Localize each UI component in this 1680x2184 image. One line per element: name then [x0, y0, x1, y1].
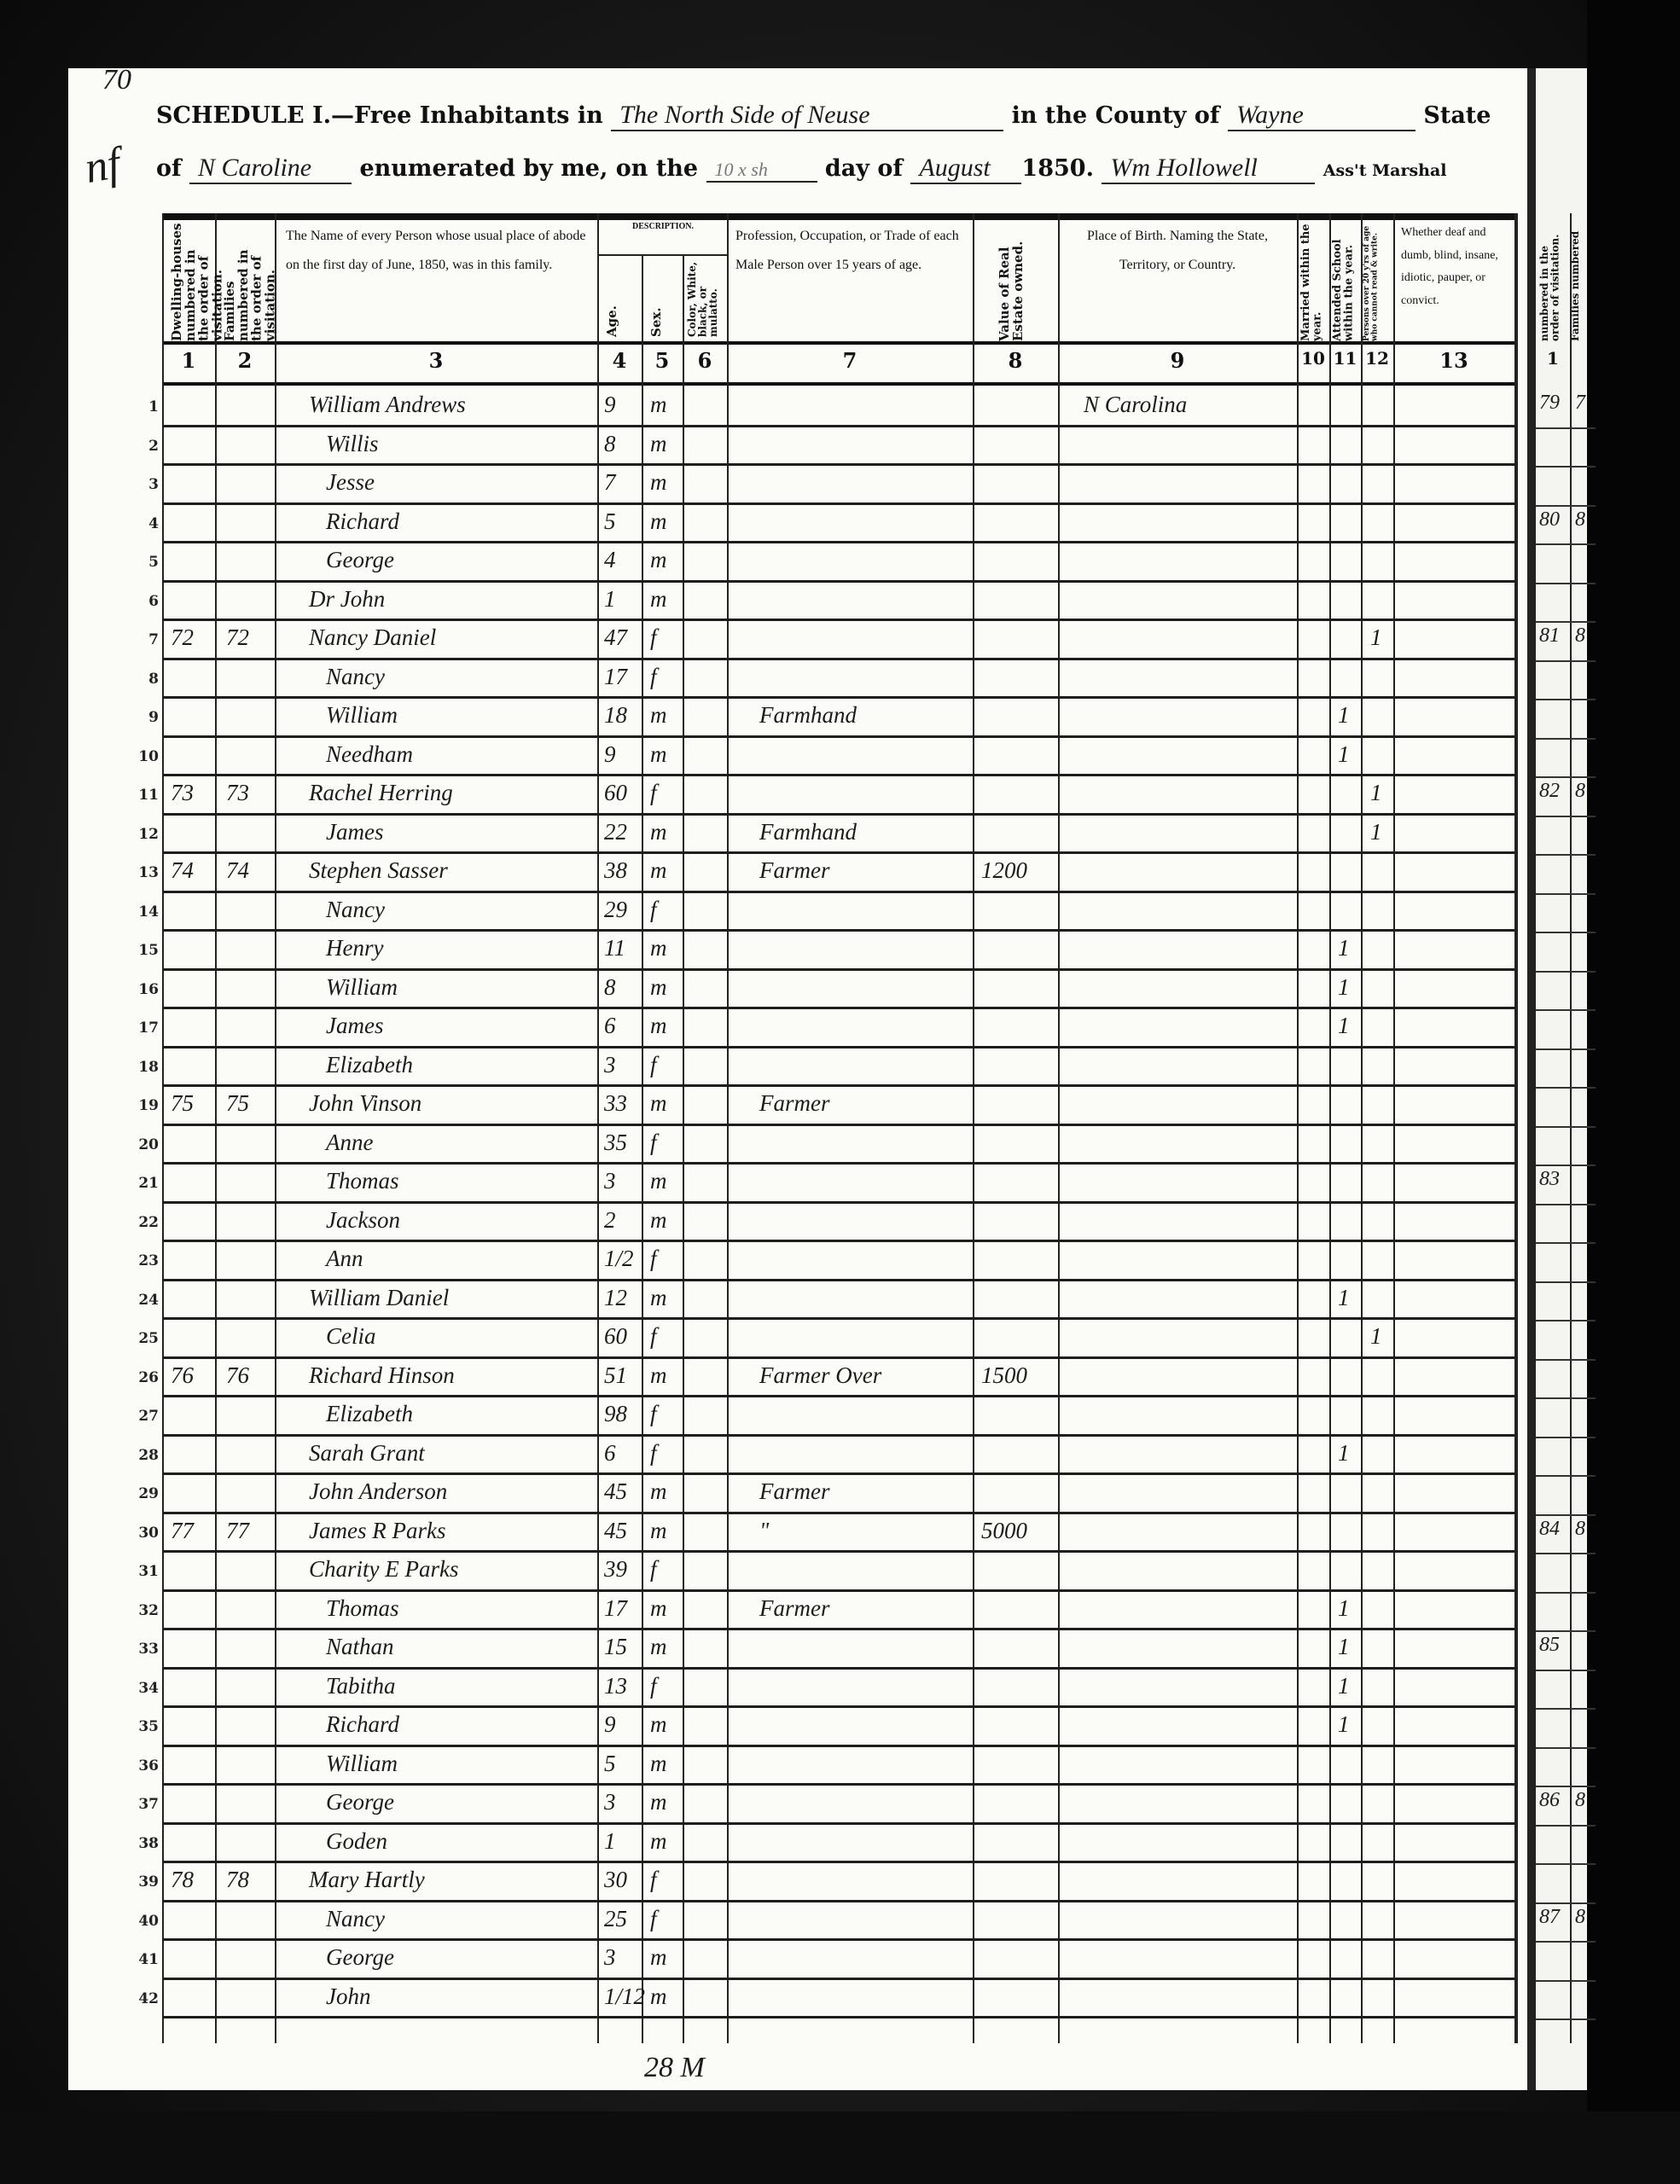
strip-col-number: 1 [1536, 348, 1570, 382]
table-row: 117373Rachel Herring60f1 [128, 776, 1514, 816]
occupation: Farmer [759, 1478, 830, 1505]
attended-school-mark: 1 [1338, 702, 1350, 729]
schedule-title: SCHEDULE I. [156, 102, 331, 129]
marshal-field: Wm Hollowell [1102, 154, 1315, 184]
row-rule [162, 2016, 1514, 2018]
day-of-label: day of [825, 155, 903, 182]
age: 33 [604, 1090, 627, 1117]
occupation: Farmer Over [759, 1362, 881, 1389]
line-number: 32 [128, 1602, 159, 1619]
sex: m [650, 702, 667, 729]
strip-row [1536, 1670, 1596, 1711]
strip-dwelling-number: 85 [1539, 1634, 1560, 1657]
sex: m [650, 1789, 667, 1815]
table-row: 14Nancy29f [128, 893, 1514, 932]
sex: f [650, 624, 657, 651]
table-row: 5George4m [128, 543, 1514, 583]
table-row: 25Celia60f1 [128, 1320, 1514, 1359]
person-name: Goden [326, 1828, 387, 1855]
sex: m [650, 1478, 667, 1505]
day-field: 10 x sh [706, 159, 817, 183]
table-row: 12James22mFarmhand1 [128, 816, 1514, 855]
age: 11 [604, 935, 625, 961]
year-label: 1850. [1021, 155, 1094, 182]
table-row: 10Needham9m1 [128, 738, 1514, 777]
occupation: Farmer [759, 1595, 830, 1622]
real-estate-value: 1500 [981, 1362, 1027, 1389]
age: 45 [604, 1478, 627, 1505]
strip-row [1536, 699, 1596, 740]
strip-dwelling-number: 86 [1539, 1789, 1560, 1812]
sex: m [650, 1711, 667, 1738]
sex: m [650, 1207, 667, 1234]
strip-family-number: 8 [1575, 1906, 1585, 1929]
person-name: Charity E Parks [309, 1556, 459, 1583]
person-name: Willis [326, 431, 379, 457]
strip-row [1536, 854, 1596, 895]
person-name: Nancy [326, 897, 385, 923]
table-row: 41George3m [128, 1941, 1514, 1980]
person-name: James [326, 819, 383, 845]
col-number: 7 [727, 348, 973, 382]
strip-row [1536, 543, 1596, 584]
line-number: 23 [128, 1252, 159, 1269]
age: 30 [604, 1867, 627, 1893]
of-label: of [156, 155, 182, 182]
strip-row [1536, 1087, 1596, 1128]
enumerated-label: enumerated by me, on the [359, 155, 698, 182]
family-number: 75 [226, 1090, 249, 1117]
strip-row: 85 [1536, 1630, 1596, 1671]
age: 15 [604, 1634, 627, 1660]
strip-row [1536, 427, 1596, 468]
col-number: 2 [215, 348, 275, 382]
cannot-read-write-mark: 1 [1370, 780, 1382, 806]
age: 17 [604, 664, 627, 690]
strip-col2-header: Families numbered [1570, 222, 1590, 341]
strip-row [1536, 466, 1596, 507]
sex: m [650, 508, 667, 535]
line-number: 8 [128, 671, 159, 688]
line-number: 39 [128, 1873, 159, 1891]
corner-page-mark: 70 [102, 64, 131, 96]
strip-row [1536, 1242, 1596, 1283]
family-number: 78 [226, 1867, 249, 1893]
strip-row [1536, 660, 1596, 701]
strip-row [1536, 1553, 1596, 1594]
attended-school-mark: 1 [1338, 974, 1350, 1001]
strip-row [1536, 1475, 1596, 1516]
person-name: Jackson [326, 1207, 400, 1234]
col-number: 5 [642, 348, 683, 382]
person-name: Sarah Grant [309, 1440, 425, 1467]
col-number: 11 [1329, 348, 1361, 382]
person-name: Rachel Herring [309, 780, 453, 806]
line-number: 24 [128, 1292, 159, 1309]
age: 47 [604, 624, 627, 651]
strip-row [1536, 1437, 1596, 1478]
age: 29 [604, 897, 627, 923]
dwelling-number: 72 [171, 624, 194, 651]
state-label: State [1423, 102, 1491, 129]
sex: m [650, 1828, 667, 1855]
attended-school-mark: 1 [1338, 1595, 1350, 1622]
table-row: 32Thomas17mFarmer1 [128, 1592, 1514, 1631]
table-row: 29John Anderson45mFarmer [128, 1475, 1514, 1514]
sex: m [650, 819, 667, 845]
col13-header: Whether deaf and dumb, blind, insane, id… [1401, 222, 1512, 312]
strip-row [1536, 1009, 1596, 1050]
table-row: 3Jesse7m [128, 466, 1514, 505]
dwelling-number: 76 [171, 1362, 194, 1389]
strip-family-number: 8 [1575, 1518, 1585, 1541]
family-number: 72 [226, 624, 249, 651]
table-row: 27Elizabeth98f [128, 1397, 1514, 1437]
strip-family-number: 7 [1575, 392, 1585, 415]
age: 22 [604, 819, 627, 845]
cannot-read-write-mark: 1 [1370, 819, 1382, 845]
table-row: 40Nancy25f [128, 1902, 1514, 1942]
col8-header: Value of Real Estate owned. [998, 222, 1036, 341]
line-number: 21 [128, 1175, 159, 1192]
sex: f [650, 1130, 657, 1156]
person-name: Nancy [326, 664, 385, 690]
sex: m [650, 974, 667, 1001]
age: 9 [604, 392, 616, 418]
cannot-read-write-mark: 1 [1370, 624, 1382, 651]
person-name: William Daniel [309, 1285, 449, 1311]
real-estate-value: 5000 [981, 1518, 1027, 1544]
strip-row [1536, 1592, 1596, 1633]
line-number: 16 [128, 981, 159, 998]
occupation: Farmer [759, 1090, 830, 1117]
sex: m [650, 1984, 667, 2010]
line-number: 6 [128, 593, 159, 610]
age: 25 [604, 1906, 627, 1932]
strip-row [1536, 1359, 1596, 1400]
person-name: William [326, 702, 398, 729]
col-divider [1514, 213, 1518, 2043]
table-row: 28Sarah Grant6f1 [128, 1437, 1514, 1476]
strip-row: 818 [1536, 621, 1596, 662]
line-number: 2 [128, 438, 159, 455]
strip-dwelling-number: 81 [1539, 624, 1560, 648]
line-number: 9 [128, 709, 159, 726]
line-number: 29 [128, 1485, 159, 1502]
dwelling-number: 74 [171, 857, 194, 884]
age: 3 [604, 1789, 616, 1815]
strip-family-number: 8 [1575, 624, 1585, 648]
person-name: John Anderson [309, 1478, 447, 1505]
line-number: 3 [128, 476, 159, 493]
col-number: 10 [1297, 348, 1329, 382]
strip-row [1536, 738, 1596, 779]
sex: f [650, 1673, 657, 1699]
strip-row [1536, 971, 1596, 1012]
strip-dwelling-number: 80 [1539, 508, 1560, 531]
strip-row [1536, 1708, 1596, 1749]
col11-header: Attended School within the year. [1332, 222, 1359, 341]
strip-dwelling-number: 83 [1539, 1168, 1560, 1191]
dwelling-number: 78 [171, 1867, 194, 1893]
age: 38 [604, 857, 627, 884]
col10-header: Married within the year. [1300, 222, 1328, 341]
sex: m [650, 1634, 667, 1660]
attended-school-mark: 1 [1338, 1285, 1350, 1311]
line-number: 14 [128, 903, 159, 921]
age: 3 [604, 1052, 616, 1078]
line-number: 20 [128, 1136, 159, 1153]
col3-header: The Name of every Person whose usual pla… [286, 222, 589, 279]
description-header: DESCRIPTION. [599, 218, 727, 235]
col-number: 6 [683, 348, 727, 382]
sex: m [650, 935, 667, 961]
table-row: 2Willis8m [128, 427, 1514, 467]
sex: f [650, 1556, 657, 1583]
table-row: 137474Stephen Sasser38mFarmer1200 [128, 854, 1514, 893]
occupation: Farmhand [759, 819, 857, 845]
attended-school-mark: 1 [1338, 1673, 1350, 1699]
line-number: 42 [128, 1990, 159, 2007]
cannot-read-write-mark: 1 [1370, 1323, 1382, 1350]
person-name: Elizabeth [326, 1052, 413, 1078]
dwelling-number: 73 [171, 780, 194, 806]
age: 35 [604, 1130, 627, 1156]
table-row: 9William18mFarmhand1 [128, 699, 1514, 738]
col-number: 9 [1058, 348, 1297, 382]
sex: m [650, 1595, 667, 1622]
colnum-rule [162, 382, 1514, 386]
person-name: Nathan [326, 1634, 394, 1660]
sex: f [650, 1052, 657, 1078]
age: 6 [604, 1013, 616, 1039]
age: 2 [604, 1207, 616, 1234]
table-row: 34Tabitha13f1 [128, 1670, 1514, 1709]
strip-row [1536, 1397, 1596, 1438]
table-row: 8Nancy17f [128, 660, 1514, 700]
age: 1 [604, 586, 616, 613]
table-row: 22Jackson2m [128, 1204, 1514, 1243]
table-row: 15Henry11m1 [128, 932, 1514, 971]
table-row: 17James6m1 [128, 1009, 1514, 1048]
line-number: 26 [128, 1369, 159, 1386]
age: 18 [604, 702, 627, 729]
strip-row [1536, 1747, 1596, 1788]
age: 12 [604, 1285, 627, 1311]
strip-row [1536, 1980, 1596, 2021]
month-field: August [910, 154, 1021, 184]
col-number: 12 [1361, 348, 1393, 382]
table-row: 197575John Vinson33mFarmer [128, 1087, 1514, 1126]
table-row: 20Anne35f [128, 1126, 1514, 1165]
table-row: 1William Andrews9mN Carolina [128, 388, 1514, 427]
state-field: N Caroline [189, 154, 352, 184]
attended-school-mark: 1 [1338, 741, 1350, 768]
line-number: 11 [128, 787, 159, 804]
strip-row [1536, 583, 1596, 624]
strip-row [1536, 1825, 1596, 1866]
sex: m [650, 741, 667, 768]
scan-shadow [1587, 0, 1680, 2184]
strip-row [1536, 1126, 1596, 1167]
strip-dwelling-number: 82 [1539, 780, 1560, 803]
sex: m [650, 1013, 667, 1039]
sex: m [650, 469, 667, 496]
strip-row: 878 [1536, 1902, 1596, 1943]
sex: m [650, 431, 667, 457]
age: 5 [604, 508, 616, 535]
sex: f [650, 1323, 657, 1350]
line-number: 30 [128, 1525, 159, 1542]
strip-row [1536, 816, 1596, 857]
family-number: 73 [226, 780, 249, 806]
place-of-birth: N Carolina [1084, 392, 1187, 418]
line-number: 38 [128, 1835, 159, 1852]
person-name: Thomas [326, 1168, 399, 1194]
strip-row [1536, 1941, 1596, 1982]
age: 51 [604, 1362, 627, 1389]
person-name: Tabitha [326, 1673, 396, 1699]
line-number: 1 [128, 398, 159, 415]
person-name: Richard [326, 1711, 399, 1738]
person-name: Dr John [309, 586, 385, 613]
table-row: 24William Daniel12m1 [128, 1281, 1514, 1321]
strip-dwelling-number: 87 [1539, 1906, 1560, 1929]
strip-family-number: 8 [1575, 508, 1585, 531]
person-name: Richard Hinson [309, 1362, 455, 1389]
person-name: James [326, 1013, 383, 1039]
sex: m [650, 857, 667, 884]
sex: f [650, 1906, 657, 1932]
line-number: 15 [128, 942, 159, 959]
strip-row [1536, 1048, 1596, 1089]
county-field: Wayne [1228, 101, 1416, 131]
family-number: 77 [226, 1518, 249, 1544]
person-name: William [326, 1751, 398, 1777]
age: 13 [604, 1673, 627, 1699]
person-name: Henry [326, 935, 383, 961]
age: 98 [604, 1401, 627, 1427]
age: 39 [604, 1556, 627, 1583]
person-name: George [326, 547, 394, 573]
occupation: " [759, 1518, 769, 1544]
sex: m [650, 1090, 667, 1117]
table-row: 18Elizabeth3f [128, 1048, 1514, 1088]
col-number: 4 [597, 348, 642, 382]
col5-header: Sex. [650, 294, 676, 337]
age: 1/12 [604, 1984, 645, 2010]
attended-school-mark: 1 [1338, 1634, 1350, 1660]
age: 45 [604, 1518, 627, 1544]
table-row: 36William5m [128, 1747, 1514, 1786]
person-name: George [326, 1944, 394, 1971]
person-name: Ann [326, 1246, 363, 1272]
attended-school-mark: 1 [1338, 1711, 1350, 1738]
col-number: 1 [162, 348, 215, 382]
age: 9 [604, 741, 616, 768]
age: 6 [604, 1440, 616, 1467]
sex: f [650, 1246, 657, 1272]
age: 3 [604, 1944, 616, 1971]
line-number: 22 [128, 1214, 159, 1231]
occupation: Farmhand [759, 702, 857, 729]
scan-bottom-edge [0, 2111, 1680, 2184]
sex: m [650, 547, 667, 573]
col7-header: Profession, Occupation, or Trade of each… [735, 222, 966, 279]
strip-dwelling-number: 79 [1539, 392, 1560, 415]
col9-header: Place of Birth. Naming the State, Territ… [1071, 222, 1284, 279]
description-rule [597, 254, 727, 256]
line-number: 34 [128, 1680, 159, 1697]
table-top-rule [162, 213, 1514, 220]
place-field: The North Side of Neuse [611, 101, 1003, 131]
table-row: 31Charity E Parks39f [128, 1553, 1514, 1592]
strip-row [1536, 1204, 1596, 1245]
line-number: 25 [128, 1330, 159, 1347]
schedule-subtitle: —Free Inhabitants in [331, 102, 603, 129]
age: 3 [604, 1168, 616, 1194]
table-row: 38Goden1m [128, 1825, 1514, 1864]
table-row: 307777James R Parks45m"5000 [128, 1514, 1514, 1554]
family-number: 76 [226, 1362, 249, 1389]
footer-note: 28 M [644, 2052, 705, 2084]
strip-row [1536, 1863, 1596, 1904]
age: 8 [604, 431, 616, 457]
strip-col1-header: numbered in the order of visitation. [1539, 222, 1563, 341]
line-number: 36 [128, 1757, 159, 1774]
person-name: Nancy Daniel [309, 624, 436, 651]
col-number: 3 [275, 348, 597, 382]
strip-row: 797 [1536, 388, 1596, 429]
age: 1 [604, 1828, 616, 1855]
strip-row: 83 [1536, 1165, 1596, 1205]
person-name: Jesse [326, 469, 375, 496]
table-row: 267676Richard Hinson51mFarmer Over1500 [128, 1359, 1514, 1398]
table-row: 42John1/12m [128, 1980, 1514, 2019]
col6-header: Color, White, black, or mulatto. [687, 260, 724, 337]
sex: m [650, 392, 667, 418]
line-number: 5 [128, 554, 159, 571]
col-number: 13 [1393, 348, 1514, 382]
line-number: 17 [128, 1019, 159, 1037]
next-page-columns: numbered in the order of visitation. Fam… [1536, 213, 1596, 2043]
attended-school-mark: 1 [1338, 935, 1350, 961]
sex: f [650, 664, 657, 690]
sex: m [650, 1362, 667, 1389]
sex: f [650, 1867, 657, 1893]
sex: m [650, 1751, 667, 1777]
col4-header: Age. [606, 294, 631, 337]
table-row: 77272Nancy Daniel47f1 [128, 621, 1514, 660]
person-name: George [326, 1789, 394, 1815]
line-number: 12 [128, 826, 159, 843]
person-name: John [326, 1984, 370, 2010]
person-name: John Vinson [309, 1090, 421, 1117]
strip-dwelling-number: 84 [1539, 1518, 1560, 1541]
strip-row [1536, 1320, 1596, 1361]
age: 8 [604, 974, 616, 1001]
strip-family-number: 8 [1575, 1789, 1585, 1812]
person-name: James R Parks [309, 1518, 445, 1544]
line-number: 10 [128, 748, 159, 765]
sex: f [650, 780, 657, 806]
line-number: 33 [128, 1641, 159, 1658]
line-number: 35 [128, 1718, 159, 1735]
attended-school-mark: 1 [1338, 1013, 1350, 1039]
sex: m [650, 1168, 667, 1194]
age: 4 [604, 547, 616, 573]
real-estate-value: 1200 [981, 857, 1027, 884]
